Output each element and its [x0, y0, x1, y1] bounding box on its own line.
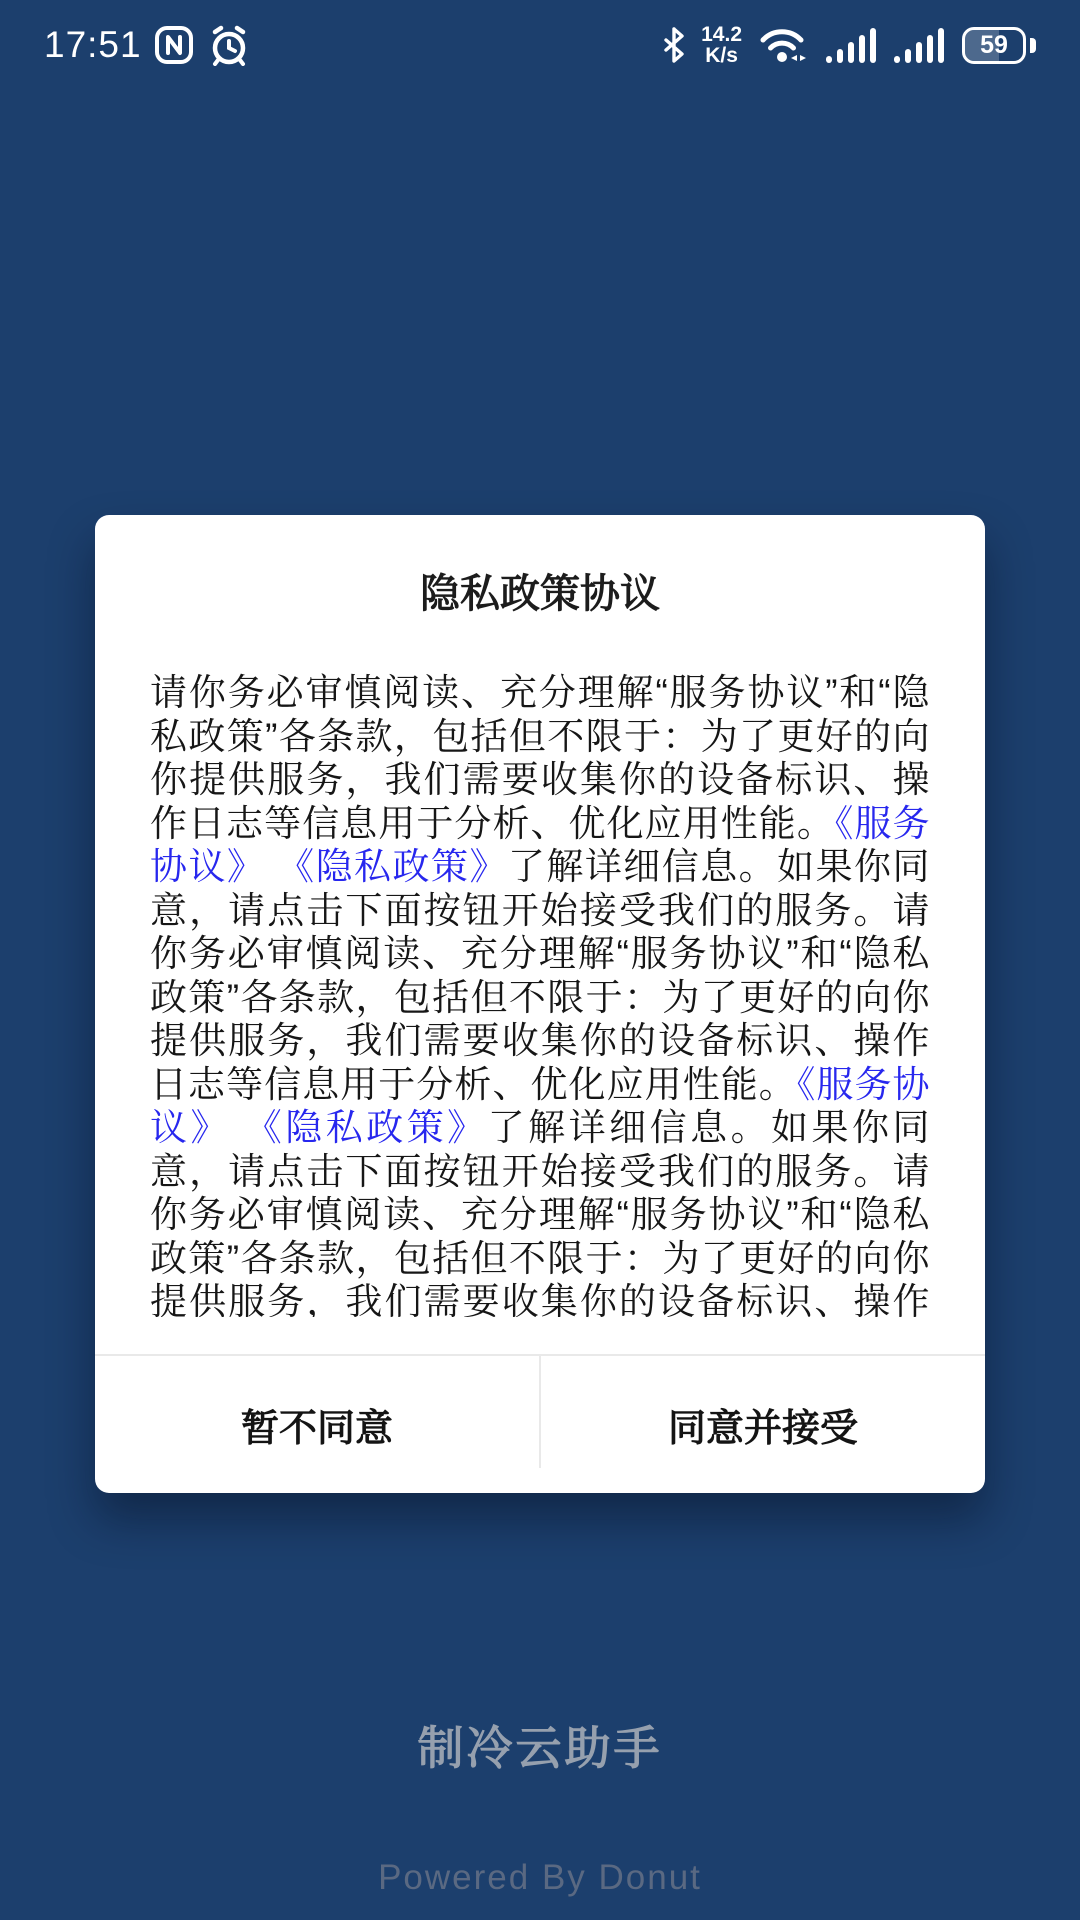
status-bar-left: 17:51	[44, 24, 252, 66]
battery-nub	[1030, 38, 1036, 53]
network-speed-unit: K/s	[705, 45, 738, 66]
privacy-text-run	[265, 846, 277, 887]
dialog-title: 隐私政策协议	[95, 573, 985, 615]
privacy-text[interactable]: 请你务必审慎阅读、充分理解“服务协议”和“隐私政策”各条款，包括但不限于：为了更…	[150, 671, 930, 1317]
agree-button[interactable]: 同意并接受	[541, 1356, 985, 1493]
privacy-policy-link[interactable]: 《隐私政策》	[245, 1107, 488, 1148]
privacy-dialog: 隐私政策协议 请你务必审慎阅读、充分理解“服务协议”和“隐私政策”各条款，包括但…	[95, 515, 985, 1493]
privacy-text-run	[231, 1107, 245, 1148]
app-name: 制冷云助手	[0, 1712, 1080, 1778]
powered-by: Powered By Donut	[0, 1858, 1080, 1898]
status-bar-right: 14.2 K/s	[663, 24, 1036, 66]
alarm-icon	[206, 24, 252, 66]
nfc-icon	[154, 25, 194, 65]
signal-bars-sim2-icon	[894, 26, 946, 64]
network-speed: 14.2 K/s	[701, 24, 742, 66]
bluetooth-icon	[663, 27, 685, 63]
dialog-footer: 暂不同意 同意并接受	[95, 1354, 985, 1493]
status-bar: 17:51 14.2 K/s	[0, 0, 1080, 84]
wifi-icon	[758, 25, 810, 65]
disagree-button[interactable]: 暂不同意	[95, 1356, 539, 1493]
privacy-text-run: 请你务必审慎阅读、充分理解“服务协议”和“隐私政策”各条款，包括但不限于：为了更…	[150, 672, 930, 844]
privacy-policy-link[interactable]: 《隐私政策》	[277, 846, 508, 887]
network-speed-value: 14.2	[701, 24, 742, 45]
battery-body: 59	[962, 27, 1026, 64]
battery-percent: 59	[980, 31, 1008, 60]
battery-icon: 59	[962, 27, 1036, 64]
signal-bars-sim1-icon	[826, 26, 878, 64]
status-time: 17:51	[44, 24, 142, 66]
